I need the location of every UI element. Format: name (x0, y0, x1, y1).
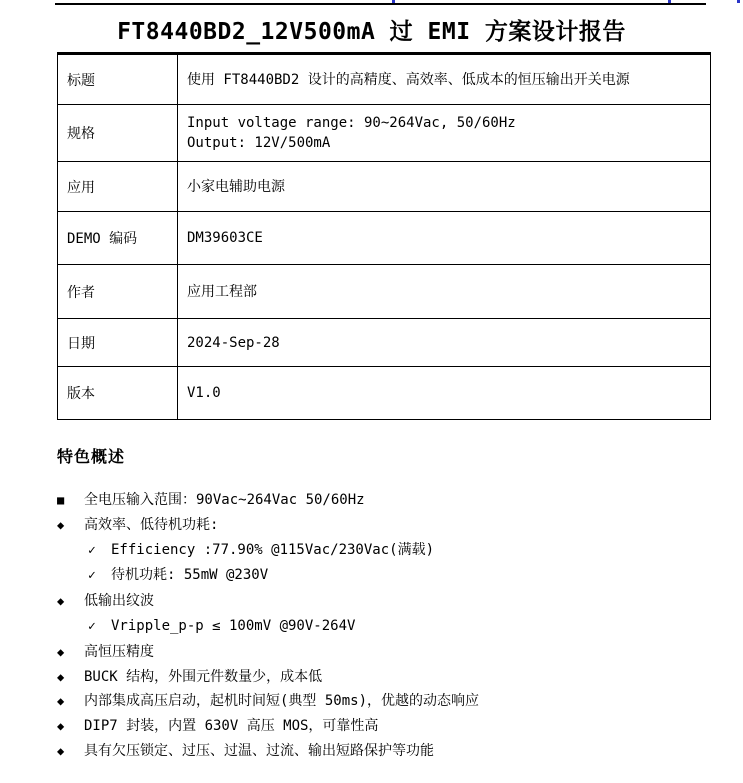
row-value: 小家电辅助电源 (178, 162, 711, 212)
header-rule (55, 3, 706, 5)
row-value-line: 应用工程部 (187, 282, 710, 302)
check-icon: ✓ (88, 539, 111, 564)
check-icon: ✓ (88, 615, 111, 640)
list-item: ◆ DIP7 封装，内置 630V 高压 MOS，可靠性高 (57, 714, 717, 739)
list-item-text: 内部集成高压启动，起机时间短(典型 50ms)，优越的动态响应 (84, 689, 479, 714)
table-row: 作者 应用工程部 (58, 265, 711, 319)
bullet-diamond-icon: ◆ (57, 714, 84, 739)
list-item: ◆ BUCK 结构，外围元件数量少，成本低 (57, 665, 717, 690)
list-item: ◆ 低输出纹波 (57, 589, 717, 614)
features-heading: 特色概述 (57, 444, 125, 467)
table-row: 日期 2024-Sep-28 (58, 319, 711, 367)
list-item: ■ 全电压输入范围：90Vac~264Vac 50/60Hz (57, 488, 717, 513)
row-label: 规格 (58, 105, 178, 162)
list-item-text: 高效率、低待机功耗: (84, 513, 218, 538)
row-value-line: DM39603CE (187, 228, 710, 248)
row-value: V1.0 (178, 367, 711, 420)
bullet-diamond-icon: ◆ (57, 665, 84, 690)
row-value-line: V1.0 (187, 383, 710, 403)
table-row: 应用 小家电辅助电源 (58, 162, 711, 212)
list-item-text: Efficiency :77.90% @115Vac/230Vac(满载) (111, 538, 434, 563)
list-item: ◆ 具有欠压锁定、过压、过温、过流、输出短路保护等功能 (57, 739, 717, 764)
list-item-text: Vripple_p-p ≤ 100mV @90V-264V (111, 614, 355, 639)
list-item-text: 全电压输入范围：90Vac~264Vac 50/60Hz (84, 488, 365, 513)
row-value: 使用 FT8440BD2 设计的高精度、高效率、低成本的恒压输出开关电源 (178, 54, 711, 105)
report-page: FT8440BD2_12V500mA 过 EMI 方案设计报告 标题 使用 FT… (0, 0, 743, 783)
row-label: 标题 (58, 54, 178, 105)
list-item: ◆ 高恒压精度 (57, 640, 717, 665)
feature-list: ■ 全电压输入范围：90Vac~264Vac 50/60Hz ◆ 高效率、低待机… (57, 488, 717, 764)
row-label: DEMO 编码 (58, 212, 178, 265)
info-table: 标题 使用 FT8440BD2 设计的高精度、高效率、低成本的恒压输出开关电源 … (57, 52, 711, 420)
row-value-line: 使用 FT8440BD2 设计的高精度、高效率、低成本的恒压输出开关电源 (187, 70, 710, 90)
table-row: 标题 使用 FT8440BD2 设计的高精度、高效率、低成本的恒压输出开关电源 (58, 54, 711, 105)
row-value-line: Output: 12V/500mA (187, 133, 710, 153)
table-row: 规格 Input voltage range: 90~264Vac, 50/60… (58, 105, 711, 162)
list-item-text: 具有欠压锁定、过压、过温、过流、输出短路保护等功能 (84, 739, 434, 764)
row-value-line: Input voltage range: 90~264Vac, 50/60Hz (187, 113, 710, 133)
row-value: DM39603CE (178, 212, 711, 265)
row-label: 日期 (58, 319, 178, 367)
list-item: ✓ Efficiency :77.90% @115Vac/230Vac(满载) (88, 538, 717, 564)
row-value-line: 小家电辅助电源 (187, 177, 710, 197)
bullet-square-icon: ■ (57, 488, 84, 513)
page-title: FT8440BD2_12V500mA 过 EMI 方案设计报告 (0, 13, 743, 46)
row-label: 版本 (58, 367, 178, 420)
list-item: ✓ Vripple_p-p ≤ 100mV @90V-264V (88, 614, 717, 640)
row-label: 应用 (58, 162, 178, 212)
table-row: DEMO 编码 DM39603CE (58, 212, 711, 265)
row-value: Input voltage range: 90~264Vac, 50/60Hz … (178, 105, 711, 162)
list-item-text: DIP7 封装，内置 630V 高压 MOS，可靠性高 (84, 714, 378, 739)
row-value-line: 2024-Sep-28 (187, 333, 710, 353)
list-item: ◆ 高效率、低待机功耗: (57, 513, 717, 538)
header-artifact-icon (737, 0, 740, 3)
table-row: 版本 V1.0 (58, 367, 711, 420)
row-value: 应用工程部 (178, 265, 711, 319)
check-icon: ✓ (88, 564, 111, 589)
list-item: ◆ 内部集成高压启动，起机时间短(典型 50ms)，优越的动态响应 (57, 689, 717, 714)
list-item-text: BUCK 结构，外围元件数量少，成本低 (84, 665, 322, 690)
bullet-diamond-icon: ◆ (57, 640, 84, 665)
header-artifact-icon (668, 0, 671, 3)
row-label: 作者 (58, 265, 178, 319)
list-item-text: 待机功耗: 55mW @230V (111, 563, 268, 588)
list-item: ✓ 待机功耗: 55mW @230V (88, 563, 717, 589)
bullet-diamond-icon: ◆ (57, 739, 84, 764)
row-value: 2024-Sep-28 (178, 319, 711, 367)
bullet-diamond-icon: ◆ (57, 689, 84, 714)
header-artifact-icon (392, 0, 395, 3)
list-item-text: 低输出纹波 (84, 589, 154, 614)
bullet-diamond-icon: ◆ (57, 589, 84, 614)
list-item-text: 高恒压精度 (84, 640, 154, 665)
bullet-diamond-icon: ◆ (57, 513, 84, 538)
